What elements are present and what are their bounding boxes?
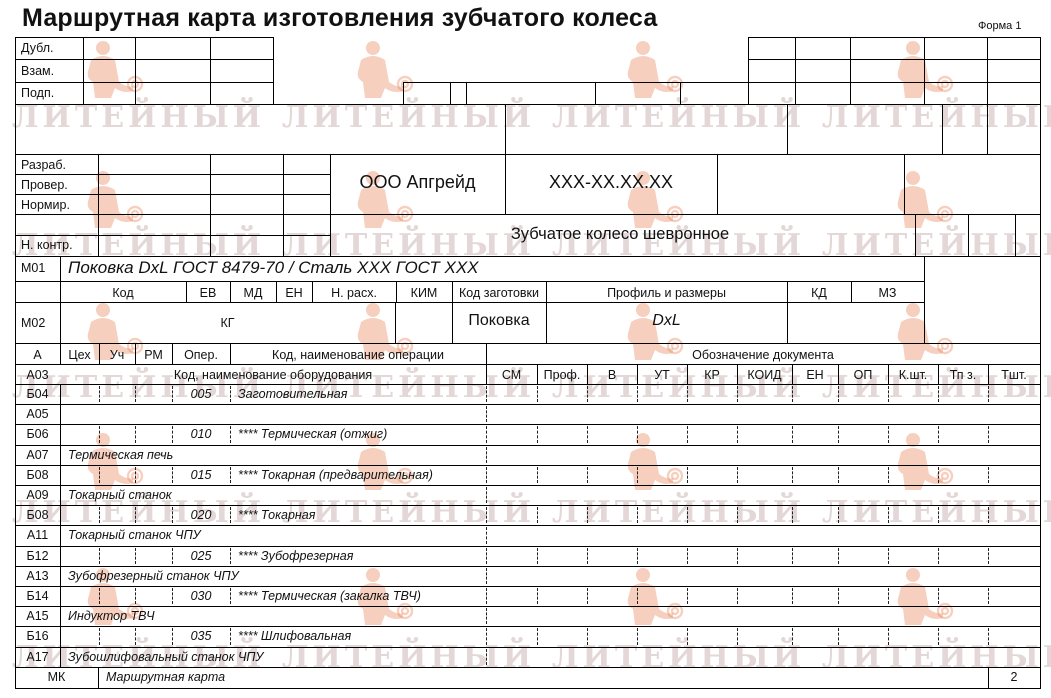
material-header: КД (787, 285, 851, 301)
dashed-divider (135, 507, 136, 523)
row-code: Б08 (15, 467, 60, 483)
dashed-divider (486, 548, 487, 564)
dashed-divider (537, 548, 538, 564)
dashed-divider (637, 628, 638, 645)
dashed-divider (687, 386, 688, 402)
dashed-divider (737, 548, 738, 564)
dashed-divider (587, 386, 588, 402)
dashed-divider (792, 467, 793, 483)
operation-number: 015 (172, 467, 230, 483)
dashed-divider (938, 386, 939, 402)
row-code: Б04 (15, 386, 60, 402)
operation-name: **** Шлифовальная (238, 628, 351, 644)
grid-line (15, 256, 1041, 257)
grid-line (787, 302, 788, 344)
operation-name: **** Токарная (238, 507, 315, 523)
operation-number: 035 (172, 628, 230, 644)
grid-line (15, 404, 1041, 405)
row-code: А05 (15, 406, 60, 422)
grid-line (330, 214, 1041, 215)
grid-line (15, 154, 1041, 155)
grid-line (1040, 256, 1041, 689)
grid-line (60, 586, 61, 607)
grid-line (283, 154, 284, 257)
grid-line (15, 688, 1041, 689)
part-name: Зубчатое колесо шевронное (440, 226, 800, 242)
dashed-divider (792, 628, 793, 645)
dashed-divider (687, 548, 688, 564)
dashed-divider (537, 467, 538, 483)
header-cell: Тп з. (938, 367, 988, 383)
grid-line (1015, 214, 1016, 257)
dashed-divider (988, 426, 989, 443)
row-code: А13 (15, 568, 60, 584)
dashed-divider (938, 467, 939, 483)
dashed-divider (737, 386, 738, 402)
grid-line (15, 626, 1041, 627)
dashed-divider (737, 588, 738, 604)
grid-line (60, 546, 61, 567)
dashed-divider (486, 608, 487, 624)
grid-line (505, 104, 506, 155)
grid-line (60, 525, 61, 547)
material-header: КИМ (396, 285, 452, 301)
row-code: Б16 (15, 628, 60, 644)
dashed-divider (486, 406, 487, 422)
dashed-divider (537, 628, 538, 645)
dashed-divider (486, 447, 487, 463)
grid-line (98, 667, 99, 689)
watermark-figure-icon (75, 168, 145, 238)
grid-line (60, 465, 61, 486)
grid-line (1040, 37, 1041, 105)
document-designation: XXX-XX.XX.XX (505, 174, 717, 190)
row-code: А11 (15, 527, 60, 543)
dashed-divider (486, 527, 487, 544)
dashed-divider (637, 507, 638, 523)
grid-line (15, 505, 1041, 506)
dashed-divider (938, 507, 939, 523)
header-cell: ОП (838, 367, 888, 383)
page-number: 2 (988, 669, 1040, 685)
watermark-text: ЛИТЕЙНЫЙ (282, 640, 535, 675)
dashed-divider (99, 507, 100, 523)
watermark-text: ЛИТЕЙНЫЙ (552, 640, 805, 675)
grid-line (717, 154, 718, 215)
grid-line (210, 154, 211, 257)
grid-line (15, 445, 1041, 446)
material-text: Поковка DxL ГОСТ 8479-70 / Сталь XXX ГОС… (68, 258, 479, 278)
grid-line (60, 384, 61, 405)
form-label: Форма 1 (978, 20, 1021, 32)
grid-line (904, 154, 905, 215)
dashed-divider (587, 507, 588, 523)
watermark-figure-icon (885, 38, 955, 108)
dashed-divider (99, 628, 100, 645)
dashed-divider (587, 628, 588, 645)
grid-line (395, 302, 396, 344)
dashed-divider (99, 548, 100, 564)
dashed-divider (486, 588, 487, 604)
dashed-divider (888, 426, 889, 443)
grid-line (987, 104, 988, 155)
dashed-divider (838, 548, 839, 564)
operation-name: **** Зубофрезерная (238, 548, 353, 564)
dashed-divider (687, 628, 688, 645)
dashed-divider (988, 507, 989, 523)
dashed-divider (888, 507, 889, 523)
grid-line (60, 404, 61, 425)
material-header: МД (230, 285, 276, 301)
dashed-divider (230, 507, 231, 523)
equipment-name: Токарный станок (68, 487, 172, 503)
dashed-divider (486, 426, 487, 443)
grid-line (15, 667, 1041, 668)
header-cell: Опер. (172, 347, 230, 363)
grid-line (924, 37, 925, 105)
grid-line (787, 104, 788, 155)
dashed-divider (486, 507, 487, 523)
equipment-name: Термическая печь (68, 447, 173, 463)
equipment-name: Зубофрезерный станок ЧПУ (68, 568, 239, 584)
grid-line (924, 256, 925, 344)
grid-line (60, 566, 61, 587)
stamp-label: Подп. (21, 85, 54, 101)
dashed-divider (938, 548, 939, 564)
dashed-divider (737, 467, 738, 483)
watermark-figure-icon (345, 38, 415, 108)
grid-line (15, 104, 1041, 105)
dashed-divider (888, 548, 889, 564)
header-document: Обозначение документа (486, 347, 1040, 363)
grid-line (466, 82, 467, 105)
grid-line (450, 82, 451, 105)
equipment-name: Токарный станок ЧПУ (68, 527, 201, 543)
material-row2-code: М02 (21, 315, 45, 331)
operation-number: 005 (172, 386, 230, 402)
grid-line (680, 82, 681, 105)
operation-name: **** Токарная (предварительная) (238, 467, 433, 483)
dashed-divider (637, 588, 638, 604)
dashed-divider (135, 426, 136, 443)
grid-line (60, 424, 61, 446)
grid-line (15, 525, 1041, 526)
dashed-divider (486, 487, 487, 503)
grid-line (15, 485, 1041, 486)
operation-name: Заготовительная (238, 386, 347, 402)
operation-name: **** Термическая (отжиг) (238, 426, 387, 442)
watermark-figure-icon (615, 565, 685, 635)
grid-line (403, 82, 404, 105)
dashed-divider (838, 628, 839, 645)
dashed-divider (637, 386, 638, 402)
dashed-divider (230, 628, 231, 645)
dashed-divider (537, 588, 538, 604)
dashed-divider (486, 467, 487, 483)
dashed-divider (737, 628, 738, 645)
grid-line (15, 59, 274, 60)
grid-line (942, 104, 943, 155)
grid-line (15, 465, 1041, 466)
grid-line (60, 505, 61, 526)
stamp-label: Дубл. (21, 40, 54, 56)
dashed-divider (792, 588, 793, 604)
dashed-divider (537, 386, 538, 402)
grid-line (795, 37, 796, 105)
grid-line (15, 606, 1041, 607)
dashed-divider (230, 426, 231, 443)
grid-line (748, 37, 1041, 38)
grid-line (60, 445, 61, 466)
dashed-divider (637, 426, 638, 443)
grid-line (748, 37, 749, 105)
dashed-divider (230, 467, 231, 483)
dashed-divider (988, 548, 989, 564)
header-cell: Цех (60, 347, 99, 363)
dashed-divider (687, 426, 688, 443)
grid-line (748, 59, 1041, 60)
operation-name: **** Термическая (закалка ТВЧ) (238, 588, 421, 604)
grid-line (60, 647, 61, 668)
grid-line (60, 626, 61, 648)
dashed-divider (230, 386, 231, 402)
grid-line (15, 647, 1041, 648)
blank-code: Поковка (452, 313, 546, 329)
row-code: А07 (15, 447, 60, 463)
operation-number: 025 (172, 548, 230, 564)
operation-number: 010 (172, 426, 230, 442)
dashed-divider (135, 628, 136, 645)
unit-value: КГ (60, 315, 395, 331)
dashed-divider (838, 426, 839, 443)
grid-line (968, 214, 969, 257)
dashed-divider (687, 507, 688, 523)
dashed-divider (537, 507, 538, 523)
dashed-divider (135, 588, 136, 604)
footer-name: Маршрутная карта (106, 669, 225, 685)
dashed-divider (135, 548, 136, 564)
dashed-divider (99, 467, 100, 483)
header-cell: Уч (99, 347, 135, 363)
grid-line (15, 302, 925, 303)
signature-label: Разраб. (21, 157, 66, 173)
grid-line (15, 82, 274, 83)
dashed-divider (99, 386, 100, 402)
dashed-divider (637, 467, 638, 483)
signature-label: Провер. (21, 177, 68, 193)
dashed-divider (537, 426, 538, 443)
dashed-divider (737, 426, 738, 443)
row-code: А17 (15, 649, 60, 665)
dashed-divider (792, 386, 793, 402)
header-cell: СМ (486, 367, 537, 383)
signature-label: Нормир. (21, 197, 70, 213)
grid-line (403, 82, 1041, 83)
material-row-code: М01 (21, 260, 45, 276)
dashed-divider (838, 467, 839, 483)
grid-line (273, 37, 274, 105)
grid-line (595, 82, 596, 105)
header-cell: Тшт. (988, 367, 1040, 383)
grid-line (850, 37, 851, 105)
dashed-divider (792, 507, 793, 523)
dashed-divider (888, 467, 889, 483)
dashed-divider (687, 467, 688, 483)
grid-line (98, 154, 99, 257)
document-title: Маршрутная карта изготовления зубчатого … (22, 4, 657, 33)
dashed-divider (838, 507, 839, 523)
dashed-divider (938, 628, 939, 645)
header-cell: КР (687, 367, 737, 383)
dashed-divider (888, 386, 889, 402)
grid-line (60, 606, 61, 627)
material-header: Код (60, 285, 186, 301)
dashed-divider (988, 628, 989, 645)
row-code: Б12 (15, 548, 60, 564)
grid-line (987, 37, 988, 105)
dashed-divider (230, 548, 231, 564)
grid-line (1040, 104, 1041, 257)
dashed-divider (135, 467, 136, 483)
dashed-divider (486, 649, 487, 665)
grid-line (15, 343, 1041, 344)
grid-line (15, 566, 1041, 567)
dashed-divider (988, 386, 989, 402)
header-cell: Код, наименование операции (230, 347, 486, 363)
dashed-divider (792, 426, 793, 443)
dashed-divider (687, 588, 688, 604)
grid-line (15, 546, 1041, 547)
material-header: ЕВ (186, 285, 230, 301)
operation-number: 020 (172, 507, 230, 523)
dashed-divider (838, 386, 839, 402)
row-code: А15 (15, 608, 60, 624)
dashed-divider (888, 588, 889, 604)
header-cell: КОИД (737, 367, 792, 383)
dashed-divider (988, 588, 989, 604)
header-code: А (15, 347, 60, 363)
dashed-divider (99, 588, 100, 604)
header-cell: РМ (135, 347, 172, 363)
grid-line (210, 37, 211, 105)
header-cell: Проф. (537, 367, 587, 383)
watermark-figure-icon (885, 565, 955, 635)
header-code: А03 (15, 367, 60, 383)
dashed-divider (135, 386, 136, 402)
dashed-divider (888, 628, 889, 645)
stamp-label: Взам. (21, 63, 54, 79)
material-header: МЗ (851, 285, 924, 301)
dashed-divider (792, 548, 793, 564)
header-cell: ЕН (792, 367, 838, 383)
operation-number: 030 (172, 588, 230, 604)
header-cell: К.шт. (888, 367, 938, 383)
grid-line (15, 37, 274, 38)
row-code: А09 (15, 487, 60, 503)
grid-line (330, 154, 331, 257)
watermark-figure-icon (615, 38, 685, 108)
dashed-divider (486, 568, 487, 584)
footer-code: МК (15, 669, 98, 685)
profile-value: DxL (546, 313, 787, 329)
material-header: Код заготовки (452, 285, 546, 301)
grid-line (15, 281, 925, 282)
dashed-divider (587, 467, 588, 483)
signature-label: Н. контр. (21, 237, 73, 253)
dashed-divider (938, 588, 939, 604)
grid-line (83, 37, 84, 105)
dashed-divider (99, 426, 100, 443)
grid-line (60, 485, 61, 506)
dashed-divider (486, 386, 487, 402)
dashed-divider (637, 548, 638, 564)
material-header: Н. расх. (312, 285, 396, 301)
header-cell: УТ (637, 367, 687, 383)
organization-name: ООО Апгрейд (330, 174, 505, 190)
grid-line (15, 37, 16, 105)
grid-line (915, 214, 916, 257)
row-code: Б08 (15, 507, 60, 523)
grid-line (15, 424, 1041, 425)
dashed-divider (838, 588, 839, 604)
dashed-divider (486, 628, 487, 645)
grid-line (15, 586, 1041, 587)
equipment-name: Зубошлифовальный станок ЧПУ (68, 649, 263, 665)
grid-line (135, 37, 136, 105)
material-header: ЕН (276, 285, 312, 301)
header-equipment: Код, наименование оборудования (60, 367, 486, 383)
dashed-divider (587, 588, 588, 604)
dashed-divider (938, 426, 939, 443)
row-code: Б14 (15, 588, 60, 604)
material-header: Профиль и размеры (546, 285, 787, 301)
dashed-divider (587, 426, 588, 443)
header-cell: В (587, 367, 637, 383)
dashed-divider (988, 467, 989, 483)
equipment-name: Индуктор ТВЧ (68, 608, 155, 624)
dashed-divider (737, 507, 738, 523)
row-code: Б06 (15, 426, 60, 442)
dashed-divider (230, 588, 231, 604)
watermark-figure-icon (885, 168, 955, 238)
dashed-divider (587, 548, 588, 564)
